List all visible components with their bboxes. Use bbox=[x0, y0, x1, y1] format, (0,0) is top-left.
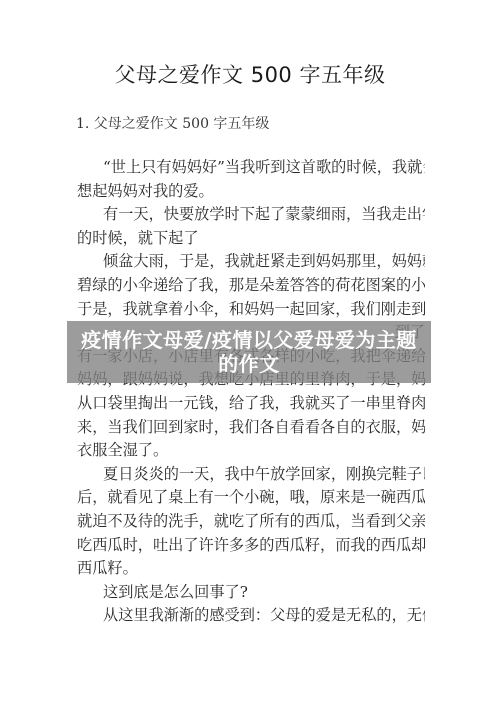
body-line: 就迫不及待的洗手，就吃了所有的西瓜，当看到父亲回来 bbox=[77, 510, 425, 534]
body-line: 来，当我们回到家时，我们各自看看各自的衣服，妈妈的 bbox=[77, 416, 425, 440]
essay-body: “世上只有妈妈好”当我听到这首歌的时候，我就会 想起妈妈对我的爱。 有一天，快要… bbox=[77, 156, 425, 628]
overlay-title: 疫情作文母爱/疫情以父爱母爱为主题的作文 bbox=[74, 328, 424, 376]
body-line: 后，就看见了桌上有一个小碗，哦，原来是一碗西瓜，我 bbox=[77, 486, 425, 510]
body-line: 吃西瓜时，吐出了许许多多的西瓜籽，而我的西瓜却没有 bbox=[77, 534, 425, 558]
section-heading: 1. 父母之爱作文 500 字五年级 bbox=[76, 114, 269, 134]
body-line: 于是，我就拿着小伞，和妈妈一起回家，我们刚走到 102 bbox=[77, 298, 425, 322]
document-title: 父母之爱作文 500 字五年级 bbox=[0, 62, 500, 88]
body-line: 想起妈妈对我的爱。 bbox=[77, 180, 425, 204]
overlay-title-banner: 疫情作文母爱/疫情以父爱母爱为主题的作文 bbox=[67, 321, 431, 383]
body-line: 衣服全湿了。 bbox=[77, 439, 425, 463]
body-line: “世上只有妈妈好”当我听到这首歌的时候，我就会 bbox=[77, 156, 425, 180]
body-line: 的时候，就下起了 bbox=[77, 227, 425, 251]
body-line: 从这里我渐渐的感受到：父母的爱是无私的，无价 bbox=[77, 604, 425, 628]
body-line: 有一天，快要放学时下起了蒙蒙细雨，当我走出学校 bbox=[77, 203, 425, 227]
body-line: 西瓜籽。 bbox=[77, 557, 425, 581]
body-line: 这到底是怎么回事了? bbox=[77, 581, 425, 605]
body-line: 倾盆大雨，于是，我就赶紧走到妈妈那里，妈妈就把 bbox=[77, 250, 425, 274]
body-line: 从口袋里掏出一元钱，给了我，我就买了一串里脊肉回 bbox=[77, 392, 425, 416]
document-page: 父母之爱作文 500 字五年级 1. 父母之爱作文 500 字五年级 “世上只有… bbox=[0, 0, 500, 706]
body-line: 碧绿的小伞递给了我，那是朵羞答答的荷花图案的小伞， bbox=[77, 274, 425, 298]
body-line: 夏日炎炎的一天，我中午放学回家，刚换完鞋子以 bbox=[77, 463, 425, 487]
